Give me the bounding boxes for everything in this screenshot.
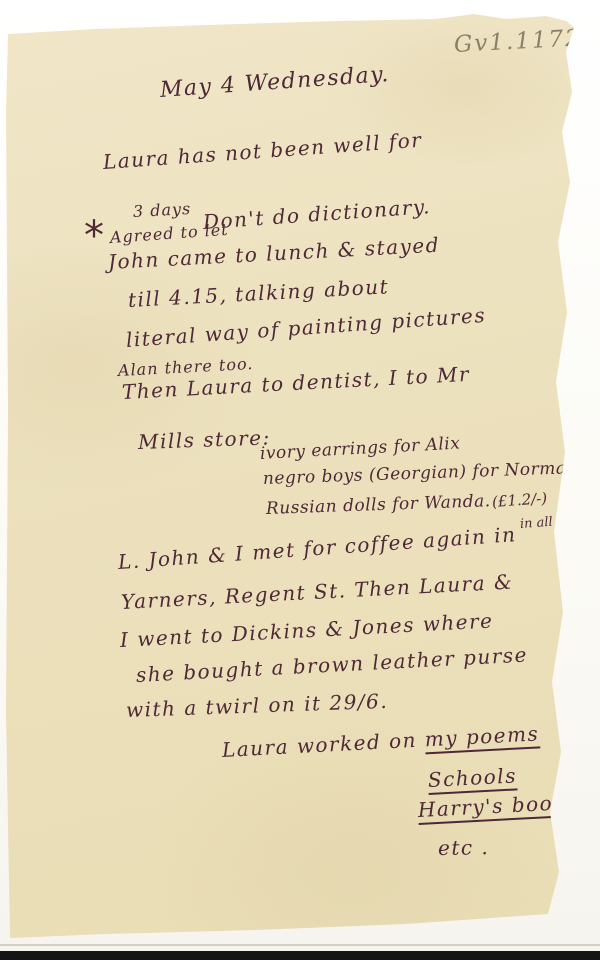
- shopping-list-item: ivory earrings for Alix: [259, 434, 460, 464]
- diary-closing-line: Laura worked on my poems: [221, 721, 539, 762]
- shopping-list-item: Russian dolls for Wanda.: [266, 491, 491, 519]
- diary-line: Don't do dictionary.: [202, 194, 431, 234]
- price-note-continuation: in all: [519, 515, 553, 532]
- scanner-edge-line: [0, 944, 600, 946]
- margin-asterisk-mark: *: [84, 216, 104, 256]
- diary-line: with a twirl on it 29/6.: [126, 689, 389, 722]
- diary-line: she bought a brown leather purse: [135, 642, 528, 687]
- closing-prefix: Laura worked on: [221, 727, 425, 762]
- diary-line: L. John & I met for coffee again in: [117, 522, 517, 574]
- worked-on-title-underlined: my poems: [424, 721, 540, 754]
- worked-on-title-underlined: Harry's book: [417, 790, 567, 825]
- diary-line: Mills store:: [138, 425, 272, 454]
- entry-date-heading: May 4 Wednesday.: [159, 62, 390, 103]
- diary-line: till 4.15, talking about: [127, 274, 389, 312]
- diary-line: I went to Dickins & Jones where: [119, 608, 494, 652]
- scanner-bottom-bar: [0, 951, 600, 960]
- diary-line: literal way of painting pictures: [125, 303, 487, 352]
- diary-line: Yarners, Regent St. Then Laura &: [120, 569, 513, 614]
- shopping-list-item: negro boys (Georgian) for Norman: [263, 458, 579, 489]
- price-note: (£1.2/-): [491, 489, 547, 511]
- archive-catalog-mark: Gv1.1172: [453, 25, 582, 58]
- diary-closing-etc: etc .: [438, 835, 490, 860]
- diary-line: Laura has not been well for: [102, 128, 423, 174]
- diary-line-insert: 3 days: [133, 199, 192, 221]
- worked-on-title-underlined: Schools: [427, 763, 517, 795]
- diary-page-paper: Gv1.1172 May 4 Wednesday. * Laura has no…: [6, 12, 578, 938]
